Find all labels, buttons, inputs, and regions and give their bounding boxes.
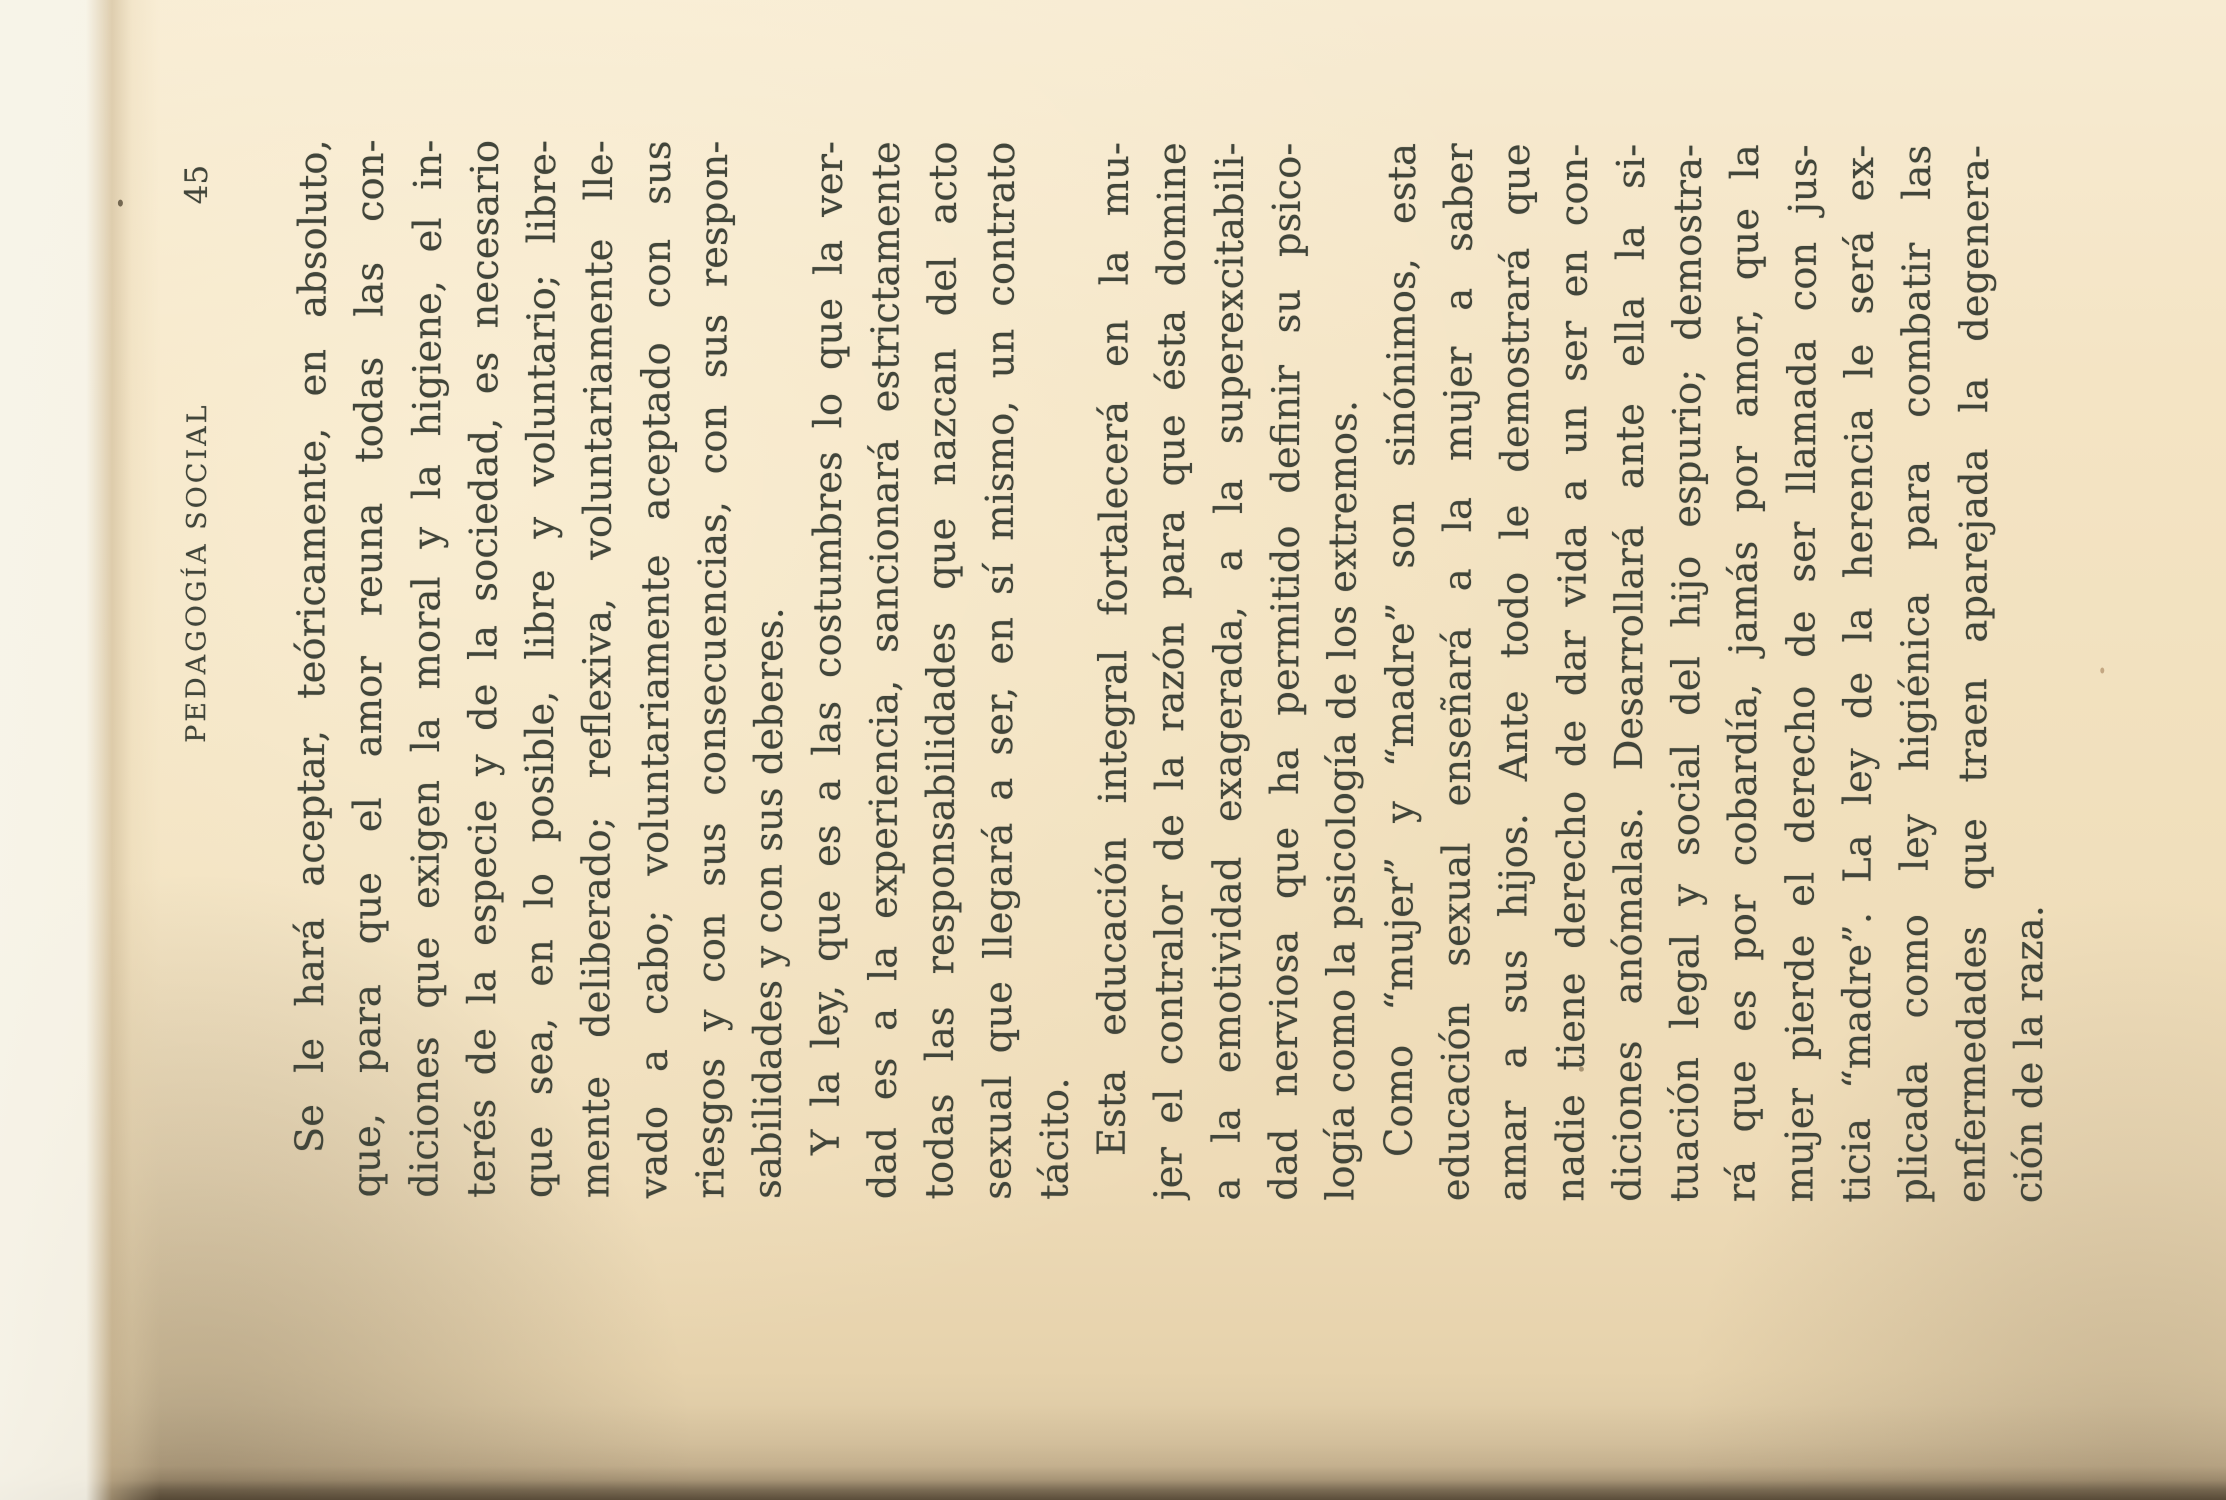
page-header: PEDAGOGÍA SOCIAL 45	[179, 139, 227, 1197]
book-page: PEDAGOGÍA SOCIAL 45 Se le hará aceptar, …	[0, 0, 2226, 1500]
text-line: diciones que exigen la moral y la higien…	[396, 140, 457, 1198]
text-line: vado a cabo; voluntariamente aceptado co…	[625, 140, 686, 1198]
text-line: sabilidades y con sus deberes.	[740, 141, 801, 1199]
text-line: mujer pierde el derecho de ser llamada c…	[1771, 144, 1832, 1202]
text-line: nadie tiene derecho de dar vida a un ser…	[1542, 144, 1603, 1202]
text-line: ción de la raza.	[2000, 145, 2061, 1203]
text-line: mente deliberado; reflexiva, voluntariam…	[568, 140, 629, 1198]
book-page-scan: PEDAGOGÍA SOCIAL 45 Se le hará aceptar, …	[0, 0, 2226, 1500]
text-line: educación sexual enseñará a la mujer a s…	[1427, 143, 1488, 1201]
text-line: dad nerviosa que ha permitido definir su…	[1255, 143, 1316, 1201]
text-line: jer el contralor de la razón para que és…	[1141, 142, 1202, 1200]
paper-speck	[2100, 667, 2104, 673]
text-line: plicada como ley higiénica para combatir…	[1886, 145, 1947, 1203]
text-line: Como “mujer” y “madre” son sinónimos, es…	[1370, 143, 1431, 1201]
text-line: rá que es por cobardía, jamás por amor, …	[1714, 144, 1775, 1202]
paper-speck	[1579, 1067, 1584, 1072]
text-line: terés de la especie y de la sociedad, es…	[453, 140, 514, 1198]
page-number: 45	[179, 165, 215, 205]
body-text: Se le hará aceptar, teóricamente, en abs…	[281, 139, 2061, 1203]
text-line: Y la ley, que es a las costumbres lo que…	[797, 141, 858, 1199]
text-line: dad es a la experiencia, sancionará estr…	[854, 141, 915, 1199]
text-line: todas las responsabilidades que nazcan d…	[912, 141, 973, 1199]
text-line: Se le hará aceptar, teóricamente, en abs…	[281, 139, 342, 1197]
text-line: que, para que el amor reuna todas las co…	[339, 139, 400, 1197]
text-line: Esta educación integral fortalecerá en l…	[1084, 142, 1145, 1200]
running-head-title: PEDAGOGÍA SOCIAL	[181, 402, 213, 743]
text-line: riesgos y con sus consecuencias, con sus…	[683, 141, 744, 1199]
text-line: ticia “madre”. La ley de la herencia le …	[1828, 145, 1889, 1203]
page-content: PEDAGOGÍA SOCIAL 45 Se le hará aceptar, …	[0, 0, 2226, 1500]
text-line: que sea, en lo posible, libre y voluntar…	[511, 140, 572, 1198]
text-line: enfermedades que traen aparejada la dege…	[1943, 145, 2004, 1203]
text-line: diciones anómalas. Desarrollará ante ell…	[1599, 144, 1660, 1202]
paper-speck	[118, 200, 123, 207]
text-line: amar a sus hijos. Ante todo le demostrar…	[1485, 143, 1546, 1201]
text-line: a la emotividad exagerada, a la superexc…	[1198, 142, 1259, 1200]
text-line: sexual que llegará a ser, en sí mismo, u…	[969, 142, 1030, 1200]
text-line: logía como la psicología de los extremos…	[1313, 143, 1374, 1201]
text-line: tuación legal y social del hijo espurio;…	[1657, 144, 1718, 1202]
text-line: tácito.	[1026, 142, 1087, 1200]
